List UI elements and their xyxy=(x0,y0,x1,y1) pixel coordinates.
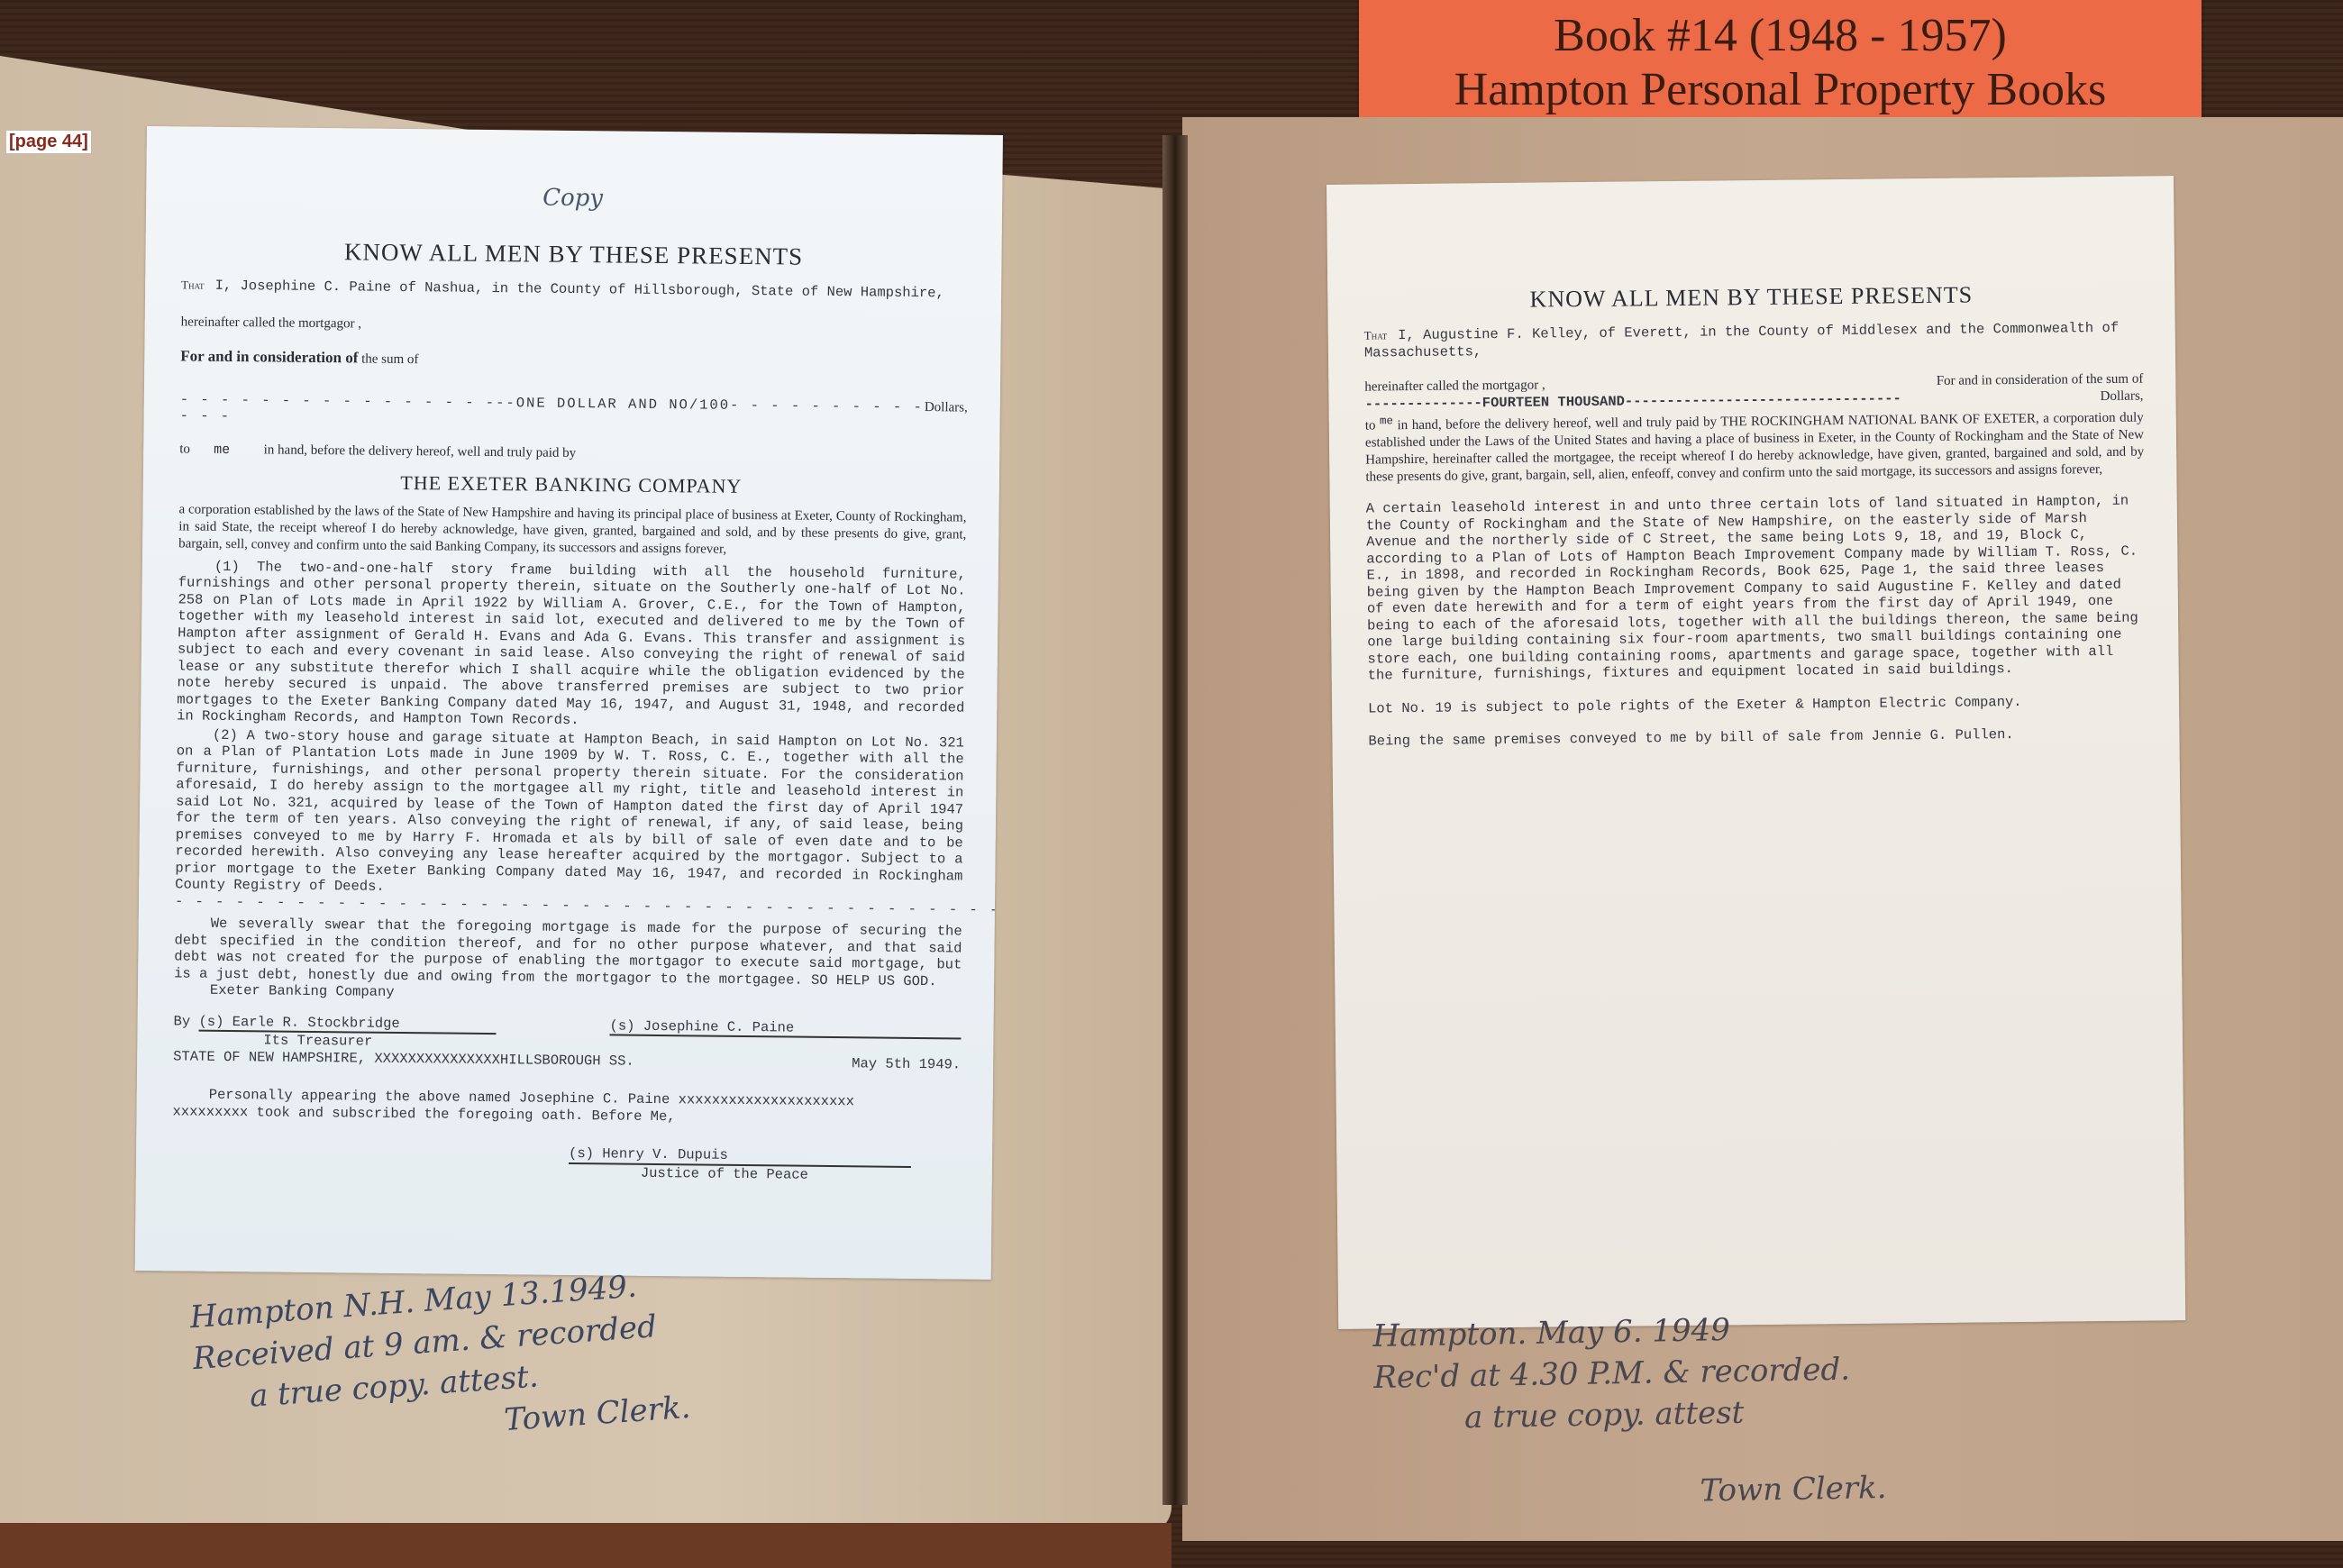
to-label: to xyxy=(179,442,190,456)
right-recording-note: Hampton. May 6. 1949 Rec'd at 4.30 P.M. … xyxy=(1372,1307,1887,1518)
corporation-text: a corporation established by the laws of… xyxy=(142,500,999,561)
page-number-tag: [page 44] xyxy=(5,130,92,154)
mortgagor-signature: (s) Josephine C. Paine xyxy=(609,1017,961,1040)
book-cover-edge xyxy=(0,1523,1171,1568)
oath-text: We severally swear that the foregoing mo… xyxy=(138,915,995,990)
consideration-rest: the sum of xyxy=(361,351,418,367)
document-title: KNOW ALL MEN BY THESE PRESENTS xyxy=(145,236,1001,273)
book-label-title: Book #14 (1948 - 1957) xyxy=(1359,9,2202,63)
book-label: Book #14 (1948 - 1957) Hampton Personal … xyxy=(1359,0,2202,133)
right-mortgage-document: KNOW ALL MEN BY THESE PRESENTS That I, A… xyxy=(1326,176,2185,1329)
item-1-text: (1) The two-and-one-half story frame bui… xyxy=(141,557,998,733)
left-recording-note: Hampton N.H. May 13.1949. Received at 9 … xyxy=(188,1263,692,1463)
bank-signature: (s) Earle R. Stockbridge xyxy=(198,1013,496,1035)
by-label: By xyxy=(174,1013,191,1029)
consideration-right: For and in consideration of the sum of xyxy=(1937,371,2144,390)
to-value: me xyxy=(214,442,230,457)
dollars-label: Dollars, xyxy=(925,399,968,417)
bank-company-name: THE EXETER BANKING COMPANY xyxy=(143,468,999,500)
same-premises-text: Being the same premises conveyed to me b… xyxy=(1332,725,2179,750)
paid-line: in hand, before the delivery hereof, wel… xyxy=(264,442,577,460)
date-line: May 5th 1949. xyxy=(852,1055,961,1073)
state-line: STATE OF NEW HAMPSHIRE, XXXXXXXXXXXXXXXH… xyxy=(173,1048,634,1070)
item-2-text: (2) A two-story house and garage situate… xyxy=(139,725,997,901)
copy-mark: Copy xyxy=(542,185,603,213)
grantor-text: I, Josephine C. Paine of Nashua, in the … xyxy=(215,278,944,301)
to-value-right: me xyxy=(1380,415,1393,427)
property-description: A certain leasehold interest in and unto… xyxy=(1330,492,2179,684)
grantor-text-right: I, Augustine F. Kelley, of Everett, in t… xyxy=(1364,320,2119,360)
to-label-right: to xyxy=(1365,418,1376,433)
dollars-label-right: Dollars, xyxy=(2100,388,2143,406)
book-gutter xyxy=(1162,135,1188,1505)
document-title-right: KNOW ALL MEN BY THESE PRESENTS xyxy=(1327,279,2174,315)
amount-line: - - - - - - - - - - - - - - - ---ONE DOL… xyxy=(180,391,925,433)
pole-rights-text: Lot No. 19 is subject to pole rights of … xyxy=(1332,692,2179,717)
left-mortgage-document: Copy KNOW ALL MEN BY THESE PRESENTS That… xyxy=(135,126,1003,1280)
that-label-right: That xyxy=(1364,328,1388,342)
justice-signature: (s) Henry V. Dupuis xyxy=(569,1145,911,1167)
consideration-label: For and in consideration of xyxy=(180,347,358,366)
book-label-subtitle: Hampton Personal Property Books xyxy=(1359,63,2202,117)
mortgagor-line: hereinafter called the mortgagor , xyxy=(145,313,1001,339)
that-label: That xyxy=(181,278,205,291)
paid-text-right: in hand, before the delivery hereof, wel… xyxy=(1365,411,2144,485)
mortgagor-line-right: hereinafter called the mortgagor , xyxy=(1364,377,1545,396)
